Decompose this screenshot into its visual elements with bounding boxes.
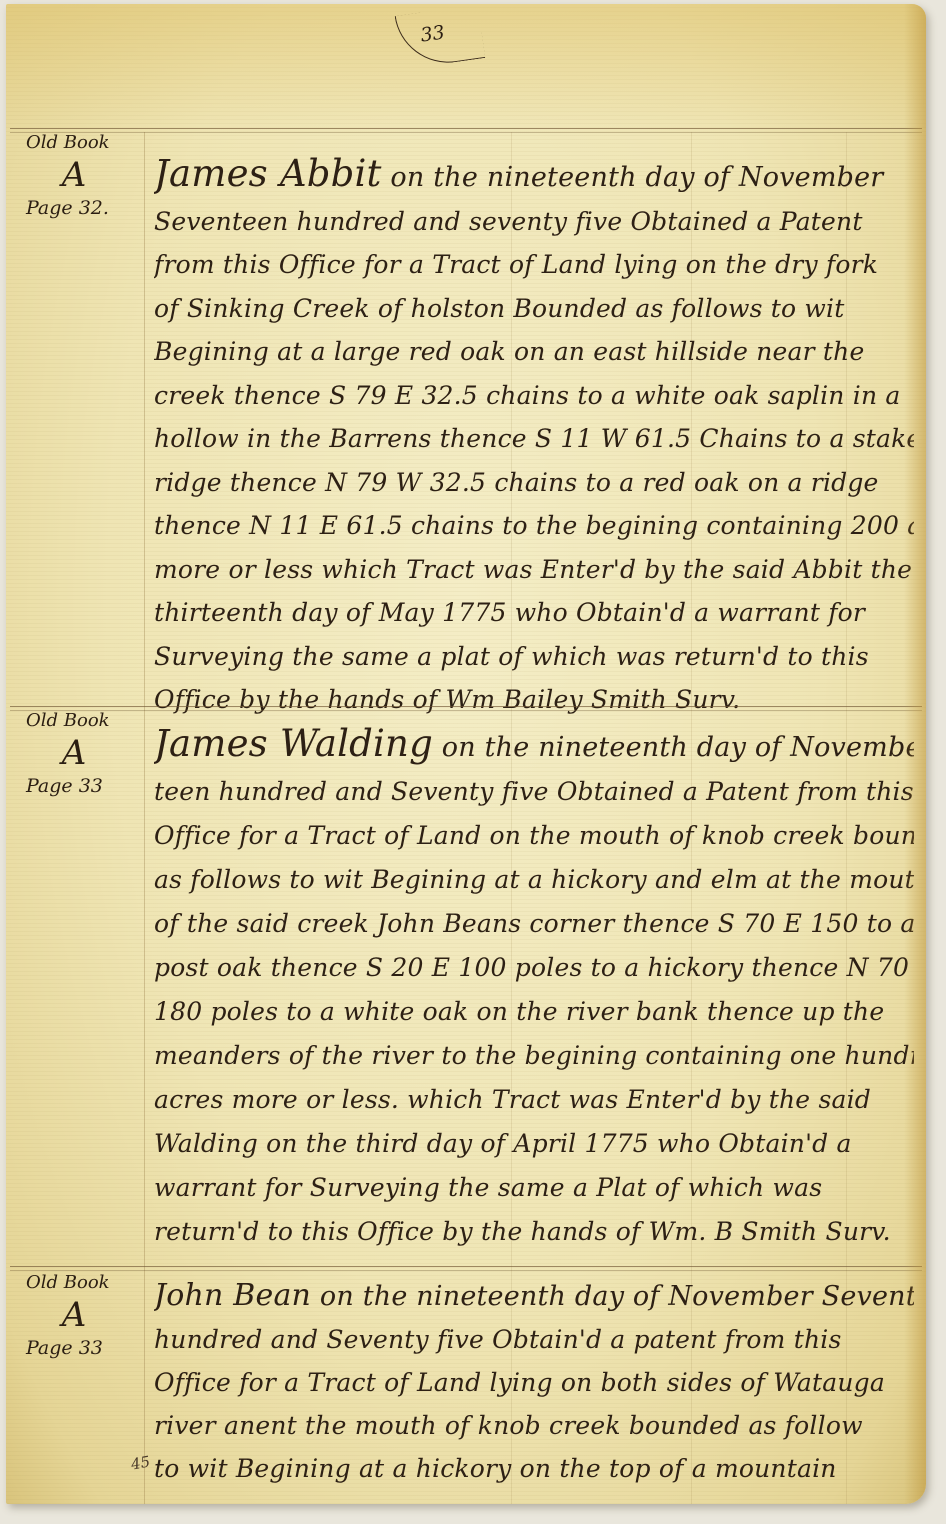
entry-line: hundred and Seventy five Obtain'd a pate…	[154, 1318, 914, 1361]
grantee-name: John Bean	[154, 1278, 311, 1313]
entry-line: Office for a Tract of Land on the mouth …	[154, 814, 914, 858]
book-label: Old Book	[20, 1272, 142, 1293]
entry-line: creek thence S 79 E 32.5 chains to a whi…	[154, 374, 914, 418]
entry-line: more or less which Tract was Enter'd by …	[154, 548, 914, 592]
entry-line: post oak thence S 20 E 100 poles to a hi…	[154, 946, 914, 990]
entry-line: John Bean on the nineteenth day of Novem…	[154, 1274, 914, 1318]
entry-line: warrant for Surveying the same a Plat of…	[154, 1166, 914, 1210]
entry-divider	[10, 706, 922, 707]
grantee-name: James Abbit	[154, 152, 382, 195]
entry-text: James Walding on the nineteenth day of N…	[154, 722, 914, 1254]
grantee-name: James Walding	[154, 722, 433, 765]
entry-line: Surveying the same a plat of which was r…	[154, 635, 914, 679]
entry-line: return'd to this Office by the hands of …	[154, 1210, 914, 1254]
book-letter: A	[6, 155, 142, 195]
entry-line: from this Office for a Tract of Land lyi…	[154, 243, 914, 287]
entry-line: ridge thence N 79 W 32.5 chains to a red…	[154, 461, 914, 505]
entry-text: James Abbit on the nineteenth day of Nov…	[154, 152, 914, 722]
book-letter: A	[6, 1295, 142, 1335]
book-letter: A	[6, 733, 142, 773]
entry-line: thence N 11 E 61.5 chains to the beginin…	[154, 504, 914, 548]
margin-rule	[144, 132, 145, 1504]
page-number: 33	[395, 4, 486, 69]
page-label: Page 32.	[20, 197, 142, 219]
entry-line: thirteenth day of May 1775 who Obtain'd …	[154, 591, 914, 635]
entry-line: as follows to wit Begining at a hickory …	[154, 858, 914, 902]
entry-line: hollow in the Barrens thence S 11 W 61.5…	[154, 417, 914, 461]
entry-text: John Bean on the nineteenth day of Novem…	[154, 1274, 914, 1490]
entry-line: Begining at a large red oak on an east h…	[154, 330, 914, 374]
entry-line: to wit Begining at a hickory on the top …	[154, 1447, 914, 1490]
entry-line: acres more or less. which Tract was Ente…	[154, 1078, 914, 1122]
entry-line: James Walding on the nineteenth day of N…	[154, 722, 914, 770]
entry-line: of the said creek John Beans corner then…	[154, 902, 914, 946]
ledger-page: 33 Old Book A Page 32. James Abbit on th…	[6, 4, 926, 1504]
book-label: Old Book	[20, 132, 142, 153]
entry-line: Walding on the third day of April 1775 w…	[154, 1122, 914, 1166]
book-reference: Old Book A Page 33	[20, 1272, 142, 1359]
corner-note: 45	[130, 1452, 152, 1473]
book-reference: Old Book A Page 32.	[20, 132, 142, 219]
entry-line: 180 poles to a white oak on the river ba…	[154, 990, 914, 1034]
entry-line: Office for a Tract of Land lying on both…	[154, 1361, 914, 1404]
entry-line: of Sinking Creek of holston Bounded as f…	[154, 287, 914, 331]
entry-divider	[10, 128, 922, 129]
page-label: Page 33	[20, 775, 142, 797]
entry-line: Office by the hands of Wm Bailey Smith S…	[154, 678, 914, 722]
entry-line: Seventeen hundred and seventy five Obtai…	[154, 200, 914, 244]
entry-divider	[10, 1266, 922, 1267]
entry-line: teen hundred and Seventy five Obtained a…	[154, 770, 914, 814]
entry-line: river anent the mouth of knob creek boun…	[154, 1404, 914, 1447]
page-label: Page 33	[20, 1337, 142, 1359]
entry-line: meanders of the river to the begining co…	[154, 1034, 914, 1078]
book-label: Old Book	[20, 710, 142, 731]
entry-line: James Abbit on the nineteenth day of Nov…	[154, 152, 914, 200]
book-reference: Old Book A Page 33	[20, 710, 142, 797]
